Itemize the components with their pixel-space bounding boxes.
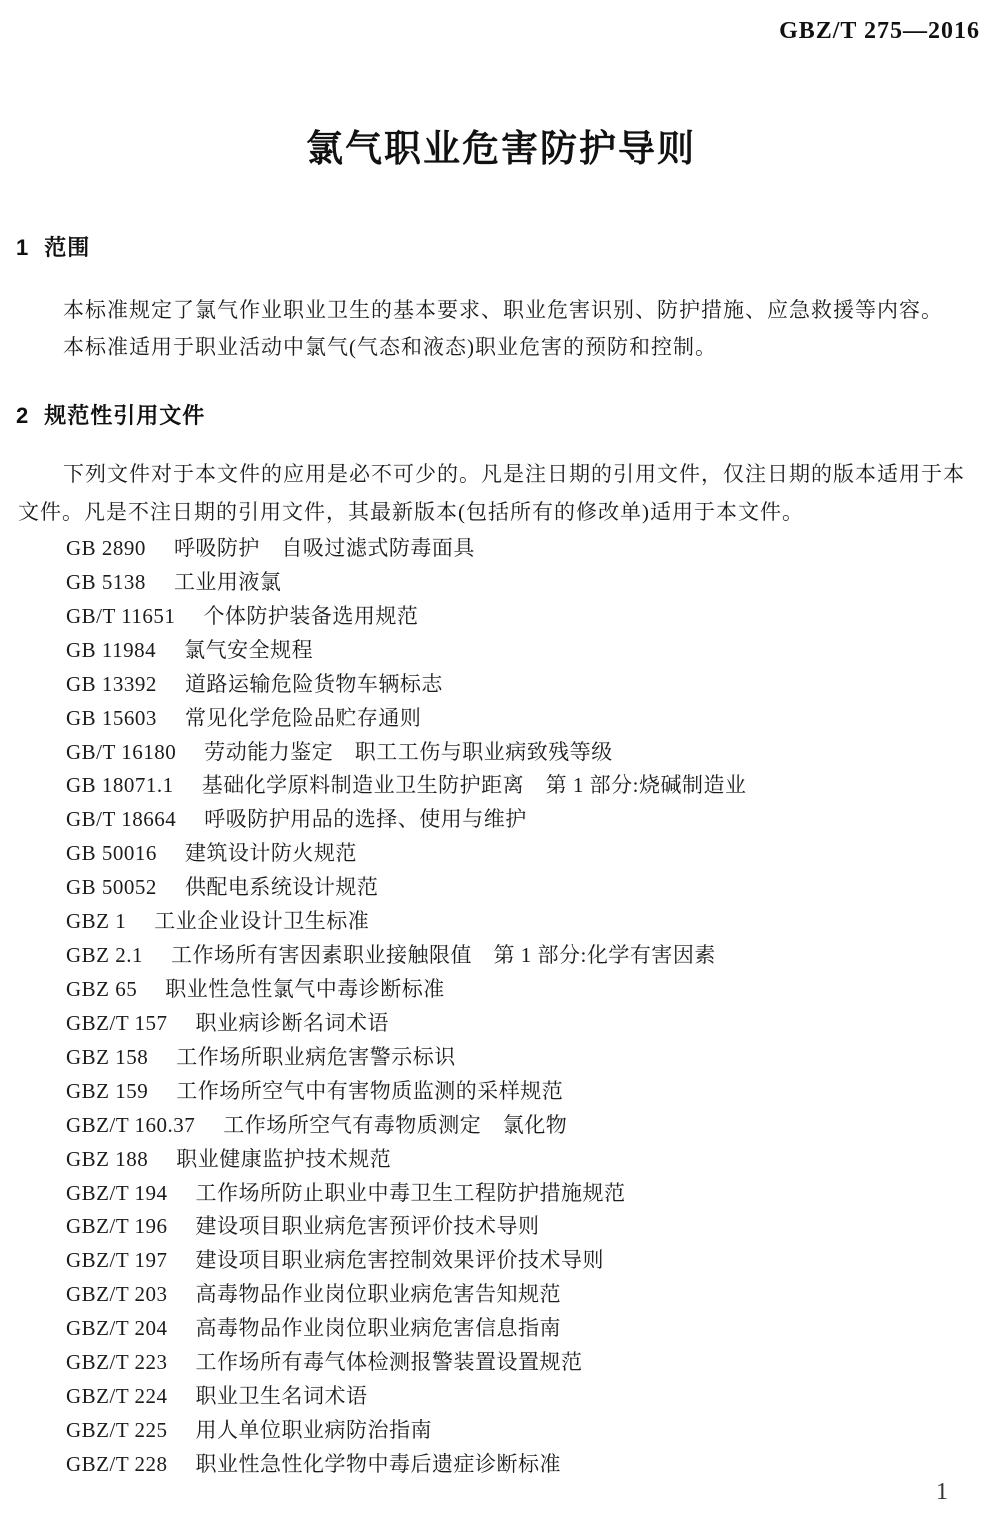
reference-item: GB 5138工业用液氯 [66,566,747,600]
reference-code: GB 50052 [66,875,157,899]
reference-title: 常见化学危险品贮存通则 [185,706,422,730]
reference-code: GBZ/T 160.37 [66,1113,195,1137]
references-list: GB 2890呼吸防护 自吸过滤式防毒面具GB 5138工业用液氯GB/T 11… [66,532,747,1482]
reference-code: GB/T 16180 [66,740,176,764]
reference-title: 道路运输危险货物车辆标志 [185,672,443,696]
reference-item: GBZ/T 196建设项目职业病危害预评价技术导则 [66,1210,747,1244]
reference-code: GB/T 11651 [66,604,175,628]
reference-title: 用人单位职业病防治指南 [196,1418,433,1442]
reference-title: 建筑设计防火规范 [185,841,357,865]
reference-title: 呼吸防护 自吸过滤式防毒面具 [174,536,475,560]
reference-item: GB/T 16180劳动能力鉴定 职工工伤与职业病致残等级 [66,736,747,770]
reference-item: GBZ 188职业健康监护技术规范 [66,1143,747,1177]
reference-code: GB/T 18664 [66,807,176,831]
reference-code: GB 11984 [66,638,156,662]
reference-code: GBZ/T 196 [66,1214,168,1238]
reference-code: GBZ 159 [66,1079,148,1103]
reference-title: 建设项目职业病危害预评价技术导则 [196,1214,540,1238]
reference-code: GBZ/T 197 [66,1248,168,1272]
reference-code: GBZ/T 223 [66,1350,168,1374]
reference-item: GBZ/T 228职业性急性化学物中毒后遗症诊断标准 [66,1448,747,1482]
reference-code: GBZ/T 203 [66,1282,168,1306]
reference-title: 工作场所职业病危害警示标识 [176,1045,456,1069]
document-title: 氯气职业危害防护导则 [0,118,1002,172]
reference-code: GBZ/T 228 [66,1452,168,1476]
reference-title: 工作场所空气有毒物质测定 氯化物 [223,1113,567,1137]
reference-item: GBZ/T 224职业卫生名词术语 [66,1380,747,1414]
reference-title: 呼吸防护用品的选择、使用与维护 [204,807,527,831]
reference-item: GBZ/T 197建设项目职业病危害控制效果评价技术导则 [66,1244,747,1278]
reference-item: GBZ 2.1工作场所有害因素职业接触限值 第 1 部分:化学有害因素 [66,939,747,973]
reference-code: GB 5138 [66,570,146,594]
reference-title: 职业病诊断名词术语 [196,1011,390,1035]
reference-title: 建设项目职业病危害控制效果评价技术导则 [196,1248,605,1272]
reference-title: 氯气安全规程 [184,638,313,662]
page-number: 1 [936,1479,948,1506]
scope-paragraph-2: 本标准适用于职业活动中氯气(气态和液态)职业危害的预防和控制。 [18,328,984,366]
section-1-number: 1 [16,235,29,260]
reference-code: GBZ/T 224 [66,1384,168,1408]
reference-item: GB 50052供配电系统设计规范 [66,871,747,905]
reference-code: GBZ 188 [66,1147,148,1171]
section-1-heading: 1范围 [16,231,90,262]
reference-item: GBZ/T 203高毒物品作业岗位职业病危害告知规范 [66,1278,747,1312]
reference-item: GB 18071.1基础化学原料制造业卫生防护距离 第 1 部分:烧碱制造业 [66,769,747,803]
reference-code: GBZ 1 [66,909,126,933]
section-1-title: 范围 [44,235,90,260]
reference-title: 工作场所有害因素职业接触限值 第 1 部分:化学有害因素 [171,943,716,967]
reference-code: GB 13392 [66,672,157,696]
reference-item: GBZ/T 194工作场所防止职业中毒卫生工程防护措施规范 [66,1177,747,1211]
reference-title: 个体防护装备选用规范 [203,604,418,628]
section-2-title: 规范性引用文件 [44,403,205,428]
reference-title: 工业企业设计卫生标准 [154,909,369,933]
reference-item: GBZ 159工作场所空气中有害物质监测的采样规范 [66,1075,747,1109]
reference-code: GBZ/T 157 [66,1011,168,1035]
reference-title: 职业性急性氯气中毒诊断标准 [165,977,445,1001]
reference-title: 职业卫生名词术语 [196,1384,368,1408]
reference-code: GB 50016 [66,841,157,865]
reference-item: GBZ/T 160.37工作场所空气有毒物质测定 氯化物 [66,1109,747,1143]
reference-item: GBZ/T 157职业病诊断名词术语 [66,1007,747,1041]
section-2-number: 2 [16,403,29,428]
reference-item: GBZ 158工作场所职业病危害警示标识 [66,1041,747,1075]
reference-item: GB 2890呼吸防护 自吸过滤式防毒面具 [66,532,747,566]
reference-item: GB/T 11651个体防护装备选用规范 [66,600,747,634]
reference-code: GBZ/T 194 [66,1181,168,1205]
reference-item: GB 50016建筑设计防火规范 [66,837,747,871]
reference-item: GB 11984氯气安全规程 [66,634,747,668]
reference-item: GBZ 65职业性急性氯气中毒诊断标准 [66,973,747,1007]
reference-code: GB 2890 [66,536,146,560]
reference-title: 高毒物品作业岗位职业病危害信息指南 [196,1316,562,1340]
reference-code: GB 18071.1 [66,773,174,797]
reference-item: GBZ/T 225用人单位职业病防治指南 [66,1414,747,1448]
reference-item: GBZ/T 204高毒物品作业岗位职业病危害信息指南 [66,1312,747,1346]
reference-code: GBZ 65 [66,977,137,1001]
standard-code-header: GBZ/T 275—2016 [779,18,980,45]
section-2-heading: 2规范性引用文件 [16,399,205,430]
reference-title: 工作场所防止职业中毒卫生工程防护措施规范 [196,1181,626,1205]
reference-item: GB 13392道路运输危险货物车辆标志 [66,668,747,702]
scope-paragraph-1: 本标准规定了氯气作业职业卫生的基本要求、职业危害识别、防护措施、应急救援等内容。 [18,291,984,329]
document-page: GBZ/T 275—2016 氯气职业危害防护导则 1范围 本标准规定了氯气作业… [0,0,1002,1530]
reference-title: 高毒物品作业岗位职业病危害告知规范 [196,1282,562,1306]
references-intro-paragraph: 下列文件对于本文件的应用是必不可少的。凡是注日期的引用文件，仅注日期的版本适用于… [18,455,984,531]
reference-title: 基础化学原料制造业卫生防护距离 第 1 部分:烧碱制造业 [202,773,747,797]
reference-title: 职业性急性化学物中毒后遗症诊断标准 [196,1452,562,1476]
reference-code: GB 15603 [66,706,157,730]
reference-item: GBZ 1工业企业设计卫生标准 [66,905,747,939]
reference-title: 供配电系统设计规范 [185,875,379,899]
reference-title: 职业健康监护技术规范 [176,1147,391,1171]
reference-code: GBZ 2.1 [66,943,143,967]
reference-code: GBZ/T 204 [66,1316,168,1340]
reference-title: 工业用液氯 [174,570,282,594]
reference-title: 劳动能力鉴定 职工工伤与职业病致残等级 [204,740,613,764]
reference-title: 工作场所空气中有害物质监测的采样规范 [176,1079,563,1103]
reference-item: GBZ/T 223工作场所有毒气体检测报警装置设置规范 [66,1346,747,1380]
reference-code: GBZ/T 225 [66,1418,168,1442]
reference-code: GBZ 158 [66,1045,148,1069]
reference-title: 工作场所有毒气体检测报警装置设置规范 [196,1350,583,1374]
reference-item: GB/T 18664呼吸防护用品的选择、使用与维护 [66,803,747,837]
reference-item: GB 15603常见化学危险品贮存通则 [66,702,747,736]
